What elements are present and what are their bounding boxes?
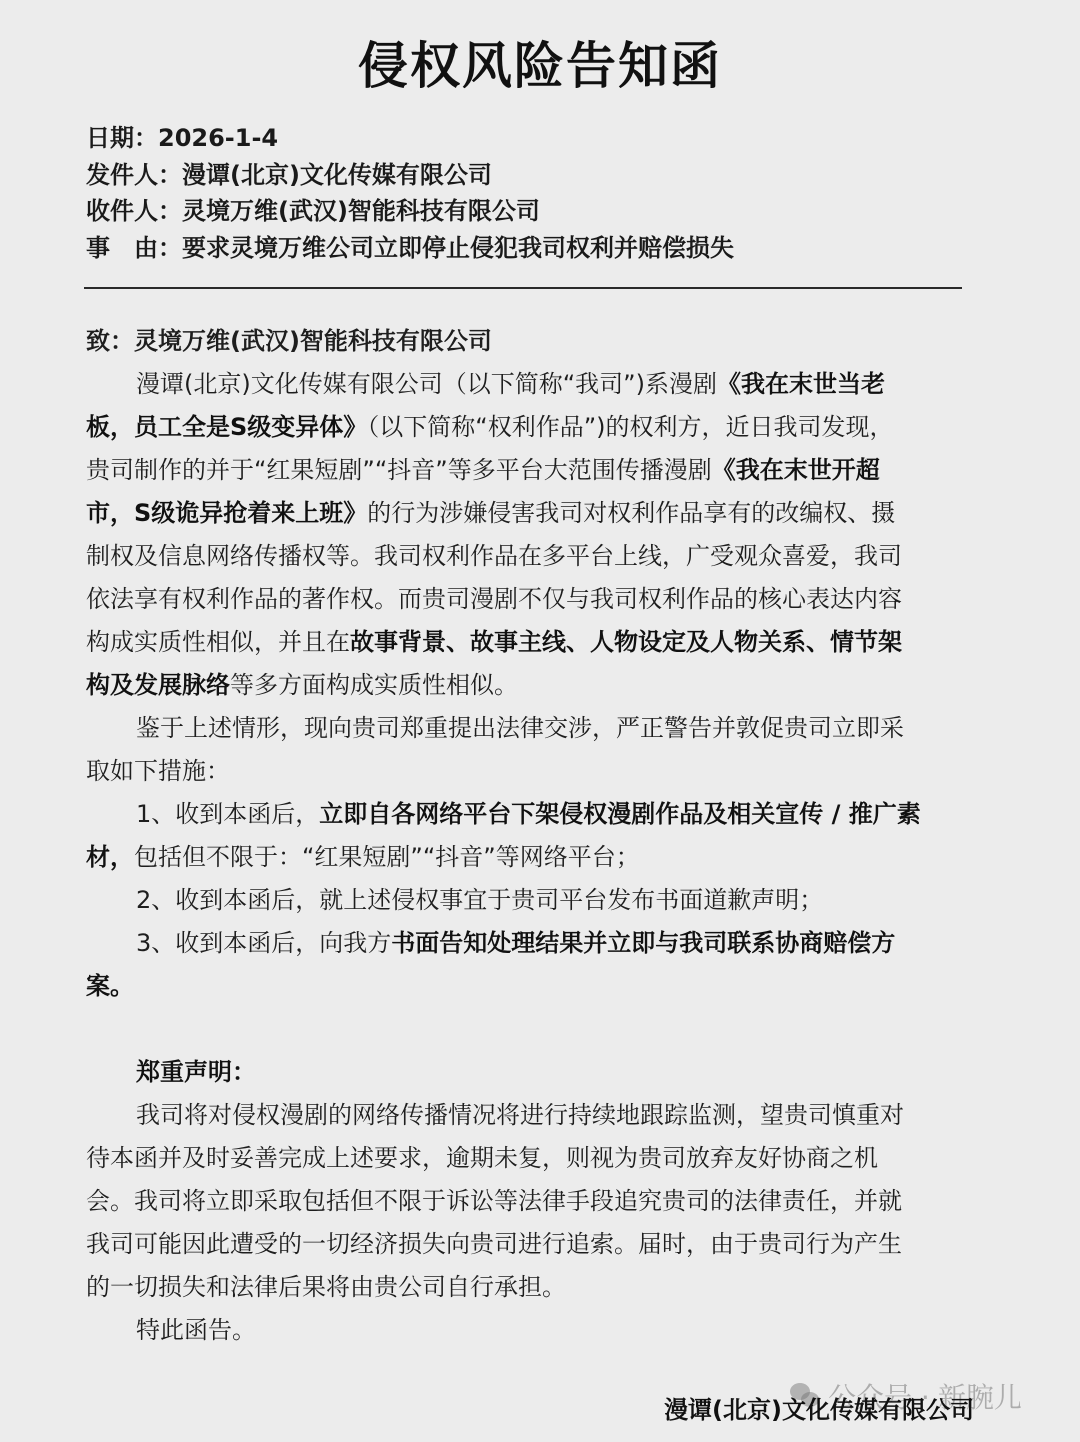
letter-header-meta: 日期：2026-1-4 发件人：漫谭(北京)文化传媒有限公司 收件人：灵境万维(… <box>86 120 734 266</box>
letter-body: 致：灵境万维(武汉)智能科技有限公司 漫谭(北京)文化传媒有限公司（以下简称“我… <box>86 320 986 1352</box>
work-title-bold: 《我在末世开超 <box>712 456 880 484</box>
para1-line: 制权及信息网络传播权等。我司权利作品在多平台上线，广受观众喜爱，我司 <box>86 535 986 578</box>
spacer <box>86 1008 986 1051</box>
para1-line: 板，员工全是S级变异体》（以下简称“权利作品”)的权利方，近日我司发现， <box>86 406 986 449</box>
para2-line: 鉴于上述情形，现向贵司郑重提出法律交涉，严正警告并敦促贵司立即采 <box>86 707 986 750</box>
statement-line: 我司可能因此遭受的一切经济损失向贵司进行追索。届时，由于贵司行为产生 <box>86 1223 986 1266</box>
measure-3: 3、收到本函后，向我方书面告知处理结果并立即与我司联系协商赔偿方 <box>86 922 986 965</box>
text: 包括但不限于：“红果短剧”“抖音”等网络平台； <box>134 843 640 871</box>
heading-bold: 郑重声明： <box>136 1058 256 1086</box>
closing-line: 特此函告。 <box>86 1309 986 1352</box>
statement-line: 的一切损失和法律后果将由贵公司自行承担。 <box>86 1266 986 1309</box>
para1-line: 依法享有权利作品的著作权。而贵司漫剧不仅与我司权利作品的核心表达内容 <box>86 578 986 621</box>
emphasis-bold: 材， <box>86 843 134 871</box>
document-title: 侵权风险告知函 <box>0 26 1080 98</box>
header-divider <box>84 287 962 289</box>
meta-value: 2026-1-4 <box>158 124 278 152</box>
meta-value: 要求灵境万维公司立即停止侵犯我司权利并赔偿损失 <box>182 234 734 262</box>
work-title-bold: 板，员工全是S级变异体》 <box>86 413 367 441</box>
measure-1: 1、收到本函后，立即自各网络平台下架侵权漫剧作品及相关宣传 / 推广素 <box>86 793 986 836</box>
emphasis-bold: 故事背景、故事主线、人物设定及人物关系、情节架 <box>350 628 902 656</box>
meta-label: 日期： <box>86 120 158 157</box>
measure-1-cont: 材，包括但不限于：“红果短剧”“抖音”等网络平台； <box>86 836 986 879</box>
statement-heading: 郑重声明： <box>86 1051 986 1094</box>
salutation: 致：灵境万维(武汉)智能科技有限公司 <box>86 320 986 363</box>
statement-line: 我司将对侵权漫剧的网络传播情况将进行持续地跟踪监测，望贵司慎重对 <box>86 1094 986 1137</box>
meta-label: 事 由： <box>86 230 182 267</box>
para1-line: 市，S级诡异抢着来上班》的行为涉嫌侵害我司对权利作品享有的改编权、摄 <box>86 492 986 535</box>
measure-3-cont: 案。 <box>86 965 986 1008</box>
text: 的行为涉嫌侵害我司对权利作品享有的改编权、摄 <box>367 499 895 527</box>
meta-date: 日期：2026-1-4 <box>86 120 734 157</box>
para1-line: 构成实质性相似，并且在故事背景、故事主线、人物设定及人物关系、情节架 <box>86 621 986 664</box>
meta-label: 发件人： <box>86 157 182 194</box>
emphasis-bold: 立即自各网络平台下架侵权漫剧作品及相关宣传 / 推广素 <box>319 800 920 828</box>
text: 等多方面构成实质性相似。 <box>230 671 518 699</box>
signature: 漫谭(北京)文化传媒有限公司 <box>664 1390 974 1425</box>
emphasis-bold: 案。 <box>86 972 134 1000</box>
emphasis-bold: 构及发展脉络 <box>86 671 230 699</box>
measure-2: 2、收到本函后，就上述侵权事宜于贵司平台发布书面道歉声明； <box>86 879 986 922</box>
para1-line: 贵司制作的并于“红果短剧”“抖音”等多平台大范围传播漫剧《我在末世开超 <box>86 449 986 492</box>
meta-value: 漫谭(北京)文化传媒有限公司 <box>182 161 492 189</box>
text: 3、收到本函后，向我方 <box>136 929 391 957</box>
statement-line: 待本函并及时妥善完成上述要求，逾期未复，则视为贵司放弃友好协商之机 <box>86 1137 986 1180</box>
meta-sender: 发件人：漫谭(北京)文化传媒有限公司 <box>86 157 734 194</box>
meta-recipient: 收件人：灵境万维(武汉)智能科技有限公司 <box>86 193 734 230</box>
text: 构成实质性相似，并且在 <box>86 628 350 656</box>
emphasis-bold: 书面告知处理结果并立即与我司联系协商赔偿方 <box>391 929 895 957</box>
text: （以下简称“权利作品”)的权利方，近日我司发现， <box>367 413 893 441</box>
text: 贵司制作的并于“红果短剧”“抖音”等多平台大范围传播漫剧 <box>86 456 712 484</box>
para1-line: 构及发展脉络等多方面构成实质性相似。 <box>86 664 986 707</box>
statement-line: 会。我司将立即采取包括但不限于诉讼等法律手段追究贵司的法律责任，并就 <box>86 1180 986 1223</box>
work-title-bold: 市，S级诡异抢着来上班》 <box>86 499 367 527</box>
meta-label: 收件人： <box>86 193 182 230</box>
meta-subject: 事 由：要求灵境万维公司立即停止侵犯我司权利并赔偿损失 <box>86 230 734 267</box>
para2-line: 取如下措施： <box>86 750 986 793</box>
text: 漫谭(北京)文化传媒有限公司（以下简称“我司”)系漫剧 <box>136 370 717 398</box>
work-title-bold: 《我在末世当老 <box>717 370 885 398</box>
para1-line: 漫谭(北京)文化传媒有限公司（以下简称“我司”)系漫剧《我在末世当老 <box>86 363 986 406</box>
text: 1、收到本函后， <box>136 800 319 828</box>
meta-value: 灵境万维(武汉)智能科技有限公司 <box>182 197 540 225</box>
